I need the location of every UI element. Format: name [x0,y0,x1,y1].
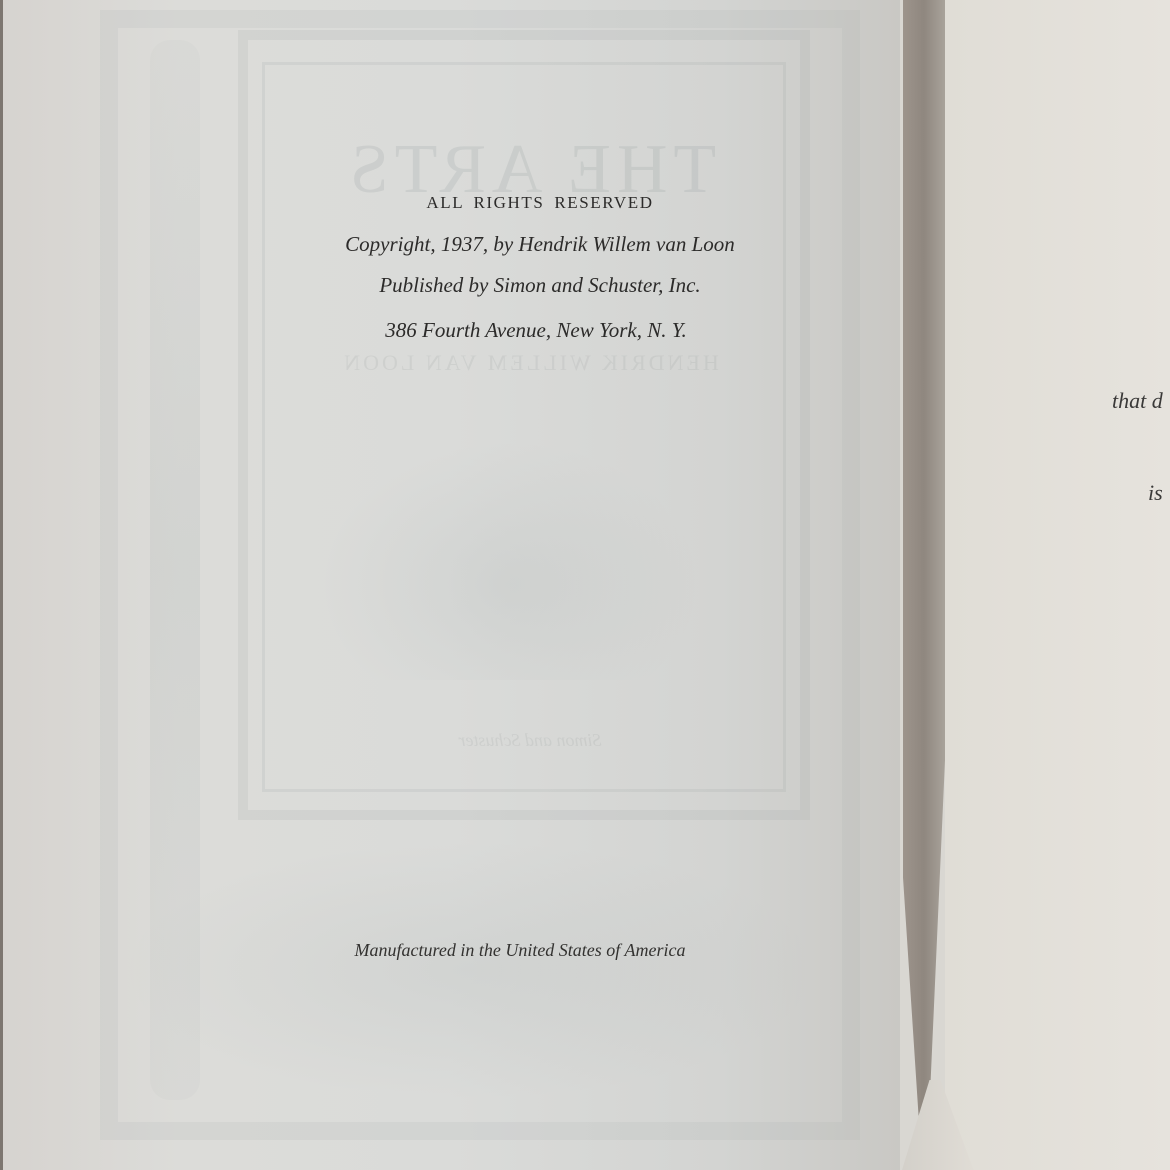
right-page-text-fragment: is [1148,480,1163,506]
publisher-line: Published by Simon and Schuster, Inc. [300,273,780,298]
copyright-line: Copyright, 1937, by Hendrik Willem van L… [300,232,780,257]
address-line: 386 Fourth Avenue, New York, N. Y. [296,318,776,343]
bleed-through-author: HENDRIK WILLEM VAN LOON [300,350,760,376]
book-spine-gutter [903,0,945,1170]
bleed-through-publisher: Simon and Schuster [300,725,760,755]
right-page-text-fragment: that d [1112,388,1163,414]
bleed-through-bottom-ornament [120,840,820,1100]
rights-heading: ALL RIGHTS RESERVED [300,193,780,213]
left-page-copyright: THE ARTS HENDRIK WILLEM VAN LOON Simon a… [0,0,900,1170]
bleed-through-illustration [320,440,700,680]
manufactured-line: Manufactured in the United States of Ame… [300,940,740,961]
page-edge-left [0,0,3,1170]
right-page [945,0,1170,1170]
